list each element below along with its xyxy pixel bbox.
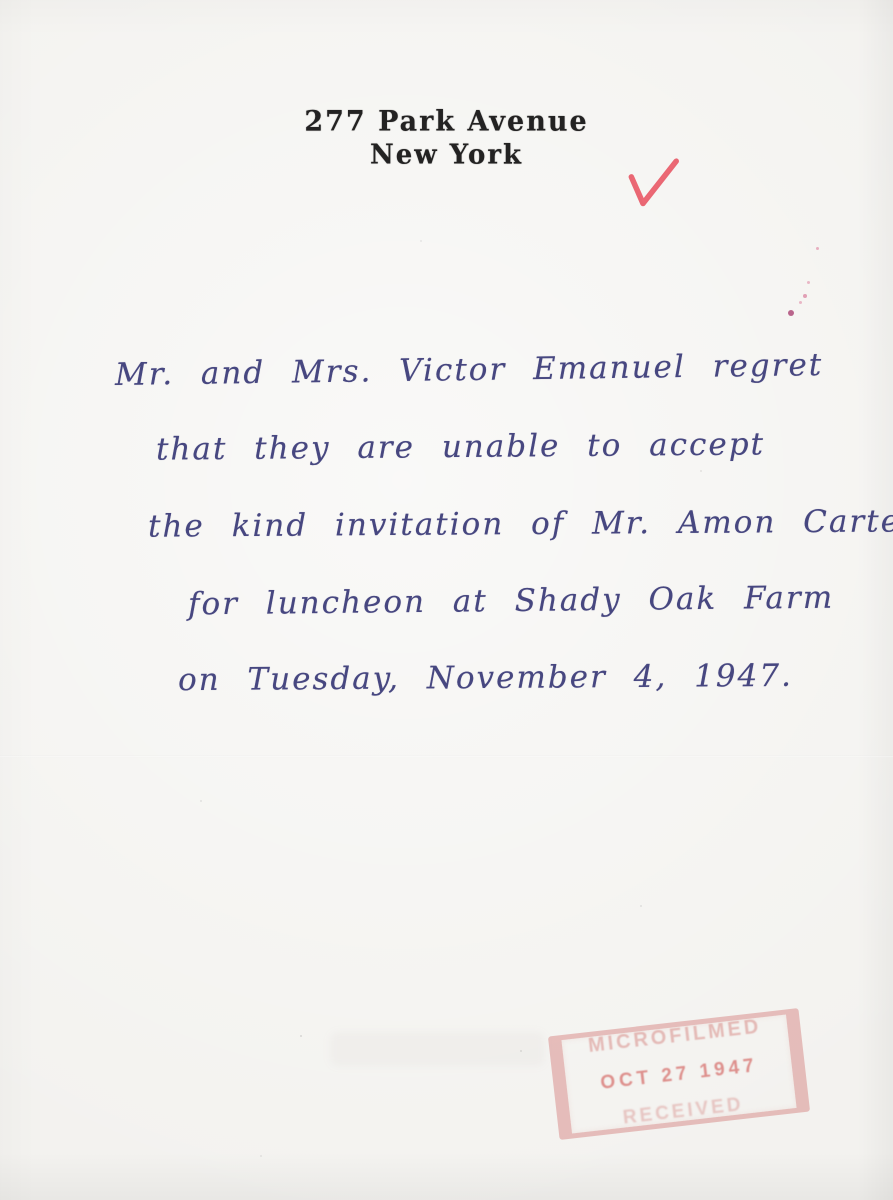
- letterhead-city: New York: [0, 139, 893, 170]
- red-checkmark-icon: [618, 150, 687, 217]
- handwriting-line-5: on Tuesday, November 4, 1947.: [178, 658, 793, 698]
- paper-specks: [300, 1035, 302, 1037]
- ghost-smudge: [330, 1032, 545, 1066]
- letter-page: 277 Park Avenue New York Mr. and Mrs. Vi…: [0, 0, 893, 1200]
- stamp-top-text: MICROFILMED: [587, 1015, 763, 1058]
- letterhead: 277 Park Avenue New York: [0, 106, 893, 170]
- stamp-date: OCT 27 1947: [599, 1055, 759, 1095]
- archive-date-stamp: MICROFILMED OCT 27 1947 RECEIVED: [548, 1008, 810, 1140]
- handwriting-line-1: Mr. and Mrs. Victor Emanuel regret: [115, 347, 824, 393]
- letterhead-address: 277 Park Avenue: [0, 105, 893, 137]
- fold-crease: [0, 755, 893, 758]
- handwriting-line-3: the kind invitation of Mr. Amon Carter: [148, 503, 893, 544]
- stamp-bottom-text: RECEIVED: [622, 1094, 745, 1130]
- handwriting-line-4: for luncheon at Shady Oak Farm: [188, 580, 834, 623]
- handwriting-line-2: that they are unable to accept: [156, 426, 765, 467]
